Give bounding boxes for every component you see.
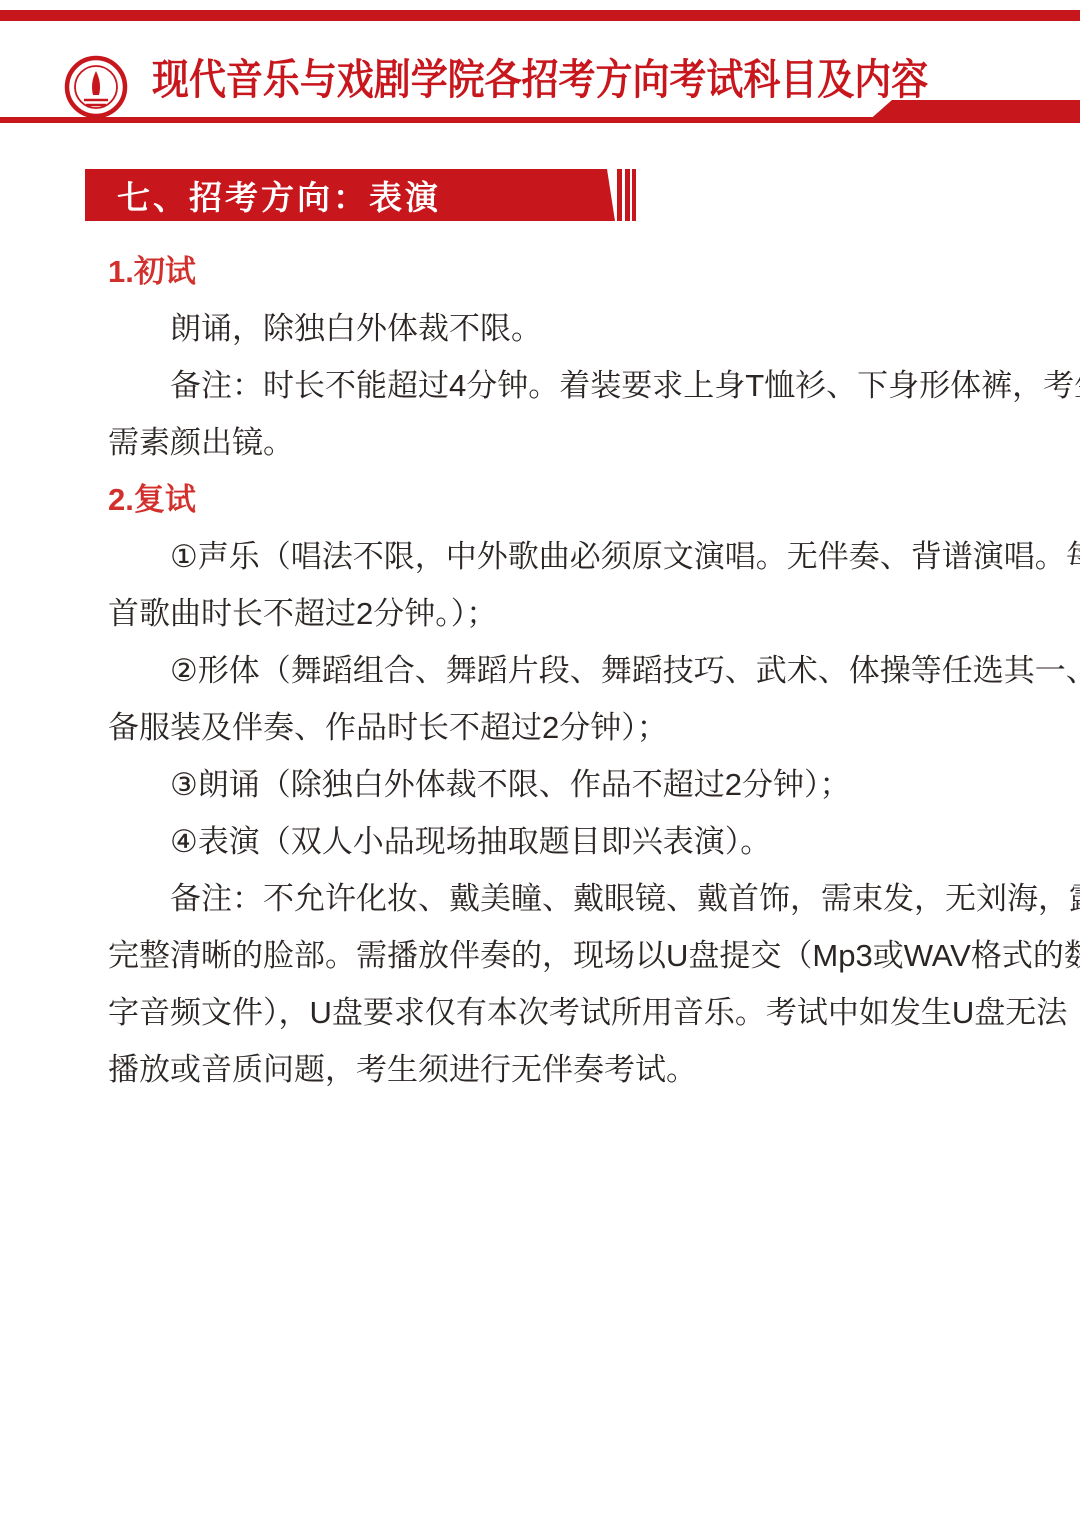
- banner-stripe: [625, 169, 630, 221]
- sketch-caption: TIANJIN CONSERVATORY OF MUSIC: [0, 1392, 1080, 1466]
- treble-clef-icon: [83, 1127, 133, 1307]
- text-line: 备服装及伴奏、作品时长不超过2分钟）；: [108, 699, 988, 756]
- text-line: 播放或音质问题，考生须进行无伴奏考试。: [108, 1041, 988, 1098]
- top-rule: [0, 10, 1080, 21]
- banner-stripe: [617, 169, 622, 221]
- wall-calligraphy-watermark: 天津音乐学院: [0, 1158, 1080, 1433]
- text-line: 备注：不允许化妆、戴美瞳、戴眼镜、戴首饰，需束发，无刘海，露出: [108, 870, 988, 927]
- section-banner: 七、招考方向：表演: [85, 169, 615, 221]
- sketch-hedge: [0, 1469, 1080, 1527]
- banner-stripe: [632, 169, 636, 221]
- conservatory-seal-icon: [64, 55, 128, 119]
- staff-lines-lower: [0, 1357, 1080, 1508]
- treble-clef-icon: [167, 1377, 201, 1487]
- staff-lines-upper: [0, 1192, 1080, 1321]
- campus-sketch-watermark: 天津音乐学院: [0, 1057, 1080, 1527]
- text-line: ②形体（舞蹈组合、舞蹈片段、舞蹈技巧、武术、体操等任选其一、自: [108, 642, 988, 699]
- text-line: 备注：时长不能超过4分钟。着装要求上身T恤衫、下身形体裤，考生: [108, 357, 988, 414]
- sketch-roof-line: [45, 1165, 635, 1282]
- section-label: 2.复试: [108, 471, 988, 528]
- text-line: 需素颜出镜。: [108, 414, 988, 471]
- text-line: 首歌曲时长不超过2分钟。）；: [108, 585, 988, 642]
- document-page: 天津音乐学院: [0, 0, 1080, 1527]
- text-line: ①声乐（唱法不限，中外歌曲必须原文演唱。无伴奏、背谱演唱。每: [108, 528, 988, 585]
- text-line: ④表演（双人小品现场抽取题目即兴表演）。: [108, 813, 988, 870]
- sketch-trees-icon: [0, 1087, 1080, 1527]
- content-lines: 1.初试朗诵，除独白外体裁不限。备注：时长不能超过4分钟。着装要求上身T恤衫、下…: [108, 243, 988, 1098]
- music-notes-icon: [297, 1155, 1035, 1432]
- page-title: 现代音乐与戏剧学院各招考方向考试科目及内容: [152, 52, 928, 110]
- section-label: 1.初试: [108, 243, 988, 300]
- header-rule-wedge: [866, 100, 1080, 123]
- text-line: 完整清晰的脸部。需播放伴奏的，现场以U盘提交（Mp3或WAV格式的数: [108, 927, 988, 984]
- sketch-facade-texture: [210, 1112, 1080, 1442]
- text-line: 字音频文件），U盘要求仅有本次考试所用音乐。考试中如发生U盘无法: [108, 984, 988, 1041]
- text-line: 朗诵，除独白外体裁不限。: [108, 300, 988, 357]
- section-banner-label: 七、招考方向：表演: [85, 172, 441, 219]
- music-staff-graphic: [0, 1057, 1080, 1527]
- text-line: ③朗诵（除独白外体裁不限、作品不超过2分钟）；: [108, 756, 988, 813]
- sketch-hedge: [0, 1407, 1080, 1527]
- sketch-roof-line: [433, 1095, 898, 1171]
